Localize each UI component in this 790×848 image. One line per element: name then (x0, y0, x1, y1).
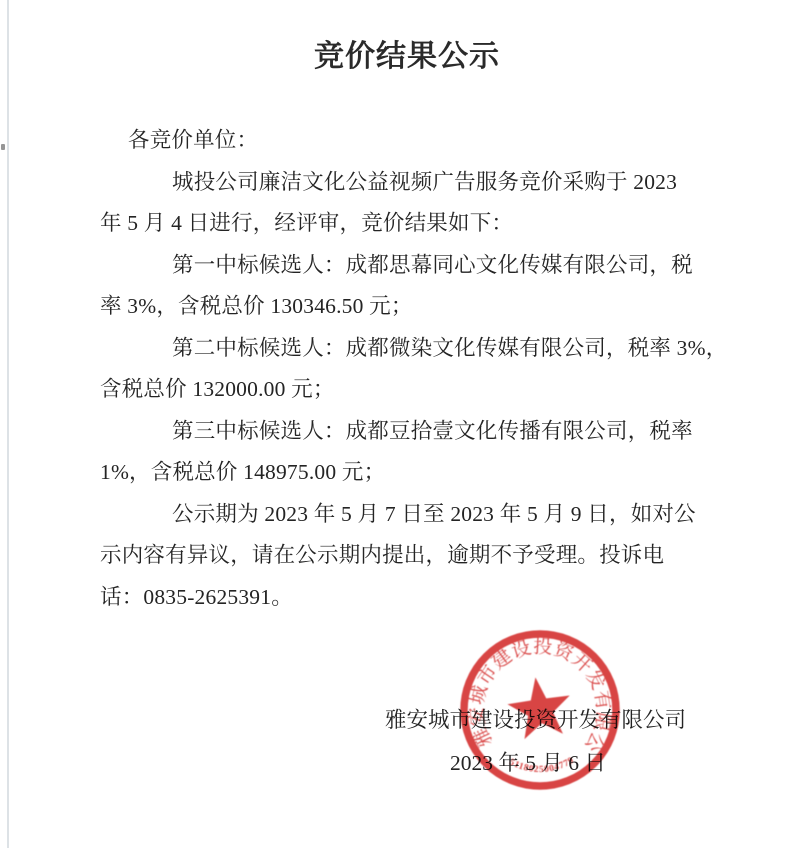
seal-ring-text: 雅安城市建设投资开发有限公司 (450, 622, 615, 756)
scan-edge-line (7, 0, 9, 848)
body-line: 第二中标候选人：成都微染文化传媒有限公司，税率 3%， (100, 328, 720, 370)
scan-speck (1, 144, 5, 150)
body-line: 示内容有异议，请在公示期内提出，逾期不予受理。投诉电 (100, 535, 720, 577)
official-seal: 雅安城市建设投资开发有限公司 5118025004779 (450, 622, 630, 802)
page-title: 竞价结果公示 (12, 31, 790, 75)
body-line: 1%，含税总价 148975.00 元； (100, 452, 720, 494)
seal-code: 5118025004779 (507, 756, 576, 775)
body-line: 公示期为 2023 年 5 月 7 日至 2023 年 5 月 9 日，如对公 (100, 494, 720, 536)
body-line: 第一中标候选人：成都思幕同心文化传媒有限公司，税 (100, 245, 720, 287)
body-line: 年 5 月 4 日进行，经评审，竞价结果如下： (100, 203, 720, 245)
body-line: 含税总价 132000.00 元； (100, 369, 720, 411)
body-line: 各竞价单位： (100, 120, 720, 162)
body-text: 各竞价单位：城投公司廉洁文化公益视频广告服务竞价采购于 2023年 5 月 4 … (100, 120, 720, 618)
body-line: 话：0835-2625391。 (100, 577, 720, 619)
star-icon (504, 673, 574, 741)
document-page: 竞价结果公示 各竞价单位：城投公司廉洁文化公益视频广告服务竞价采购于 2023年… (0, 0, 790, 848)
body-line: 率 3%，含税总价 130346.50 元； (100, 286, 720, 328)
body-line: 城投公司廉洁文化公益视频广告服务竞价采购于 2023 (100, 162, 720, 204)
body-line: 第三中标候选人：成都豆拾壹文化传播有限公司，税率 (100, 411, 720, 453)
